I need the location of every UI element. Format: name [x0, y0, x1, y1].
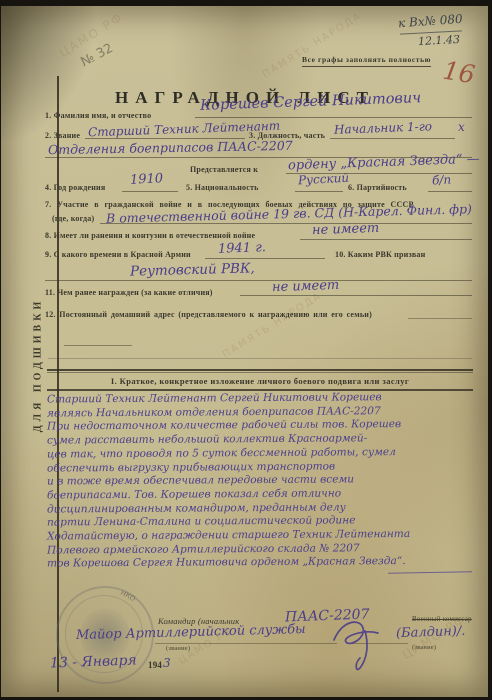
field-5-value: Русский	[298, 171, 350, 188]
date-year-printed: 194	[148, 660, 162, 670]
registration-date-handwritten: 12.1.43	[418, 33, 461, 48]
field-4-value: 1910	[130, 171, 164, 188]
field-9-value: 1941 г.	[218, 240, 266, 257]
field-2-label: 2. Звание	[45, 131, 80, 140]
form-line	[295, 191, 343, 192]
field-12-label: 12. Постоянный домашний адрес (представл…	[45, 310, 372, 319]
field-8-label: 8. Имеет ли ранения и контузии в отечест…	[45, 231, 255, 240]
scanned-award-document: ЦАМО РФ ПАМЯТЬ НАРОДА ПАМЯТЬ НАРОДА ЦАМО…	[0, 0, 492, 700]
form-line	[330, 138, 455, 139]
date-year-digit-handwritten: 3	[163, 656, 171, 670]
form-line	[64, 345, 132, 346]
field-9-label: 9. С какого времени в Красной Армии	[45, 250, 191, 259]
citation-text: Старший Техник Лейтенант Сергей Никитови…	[47, 392, 479, 570]
field-10-label: 10. Каким РВК призван	[335, 250, 425, 259]
date-day-month-handwritten: 13 - Января	[50, 652, 137, 671]
form-line	[195, 117, 472, 118]
form-line	[408, 318, 472, 319]
rank-caption: (звание)	[166, 645, 190, 652]
signature-stroke	[328, 612, 398, 674]
field-10-value: Реутовский РВК,	[130, 260, 255, 279]
field-3-check-mark: х	[458, 120, 465, 134]
field-7-sublabel: (где, когда)	[52, 214, 94, 223]
binding-margin-label: ДЛЯ ПОДШИВКИ	[33, 298, 44, 432]
form-line	[428, 191, 472, 192]
page-number-red-pencil: 16	[441, 56, 477, 90]
field-8-value: не имеет	[312, 221, 380, 238]
citation-line: тов Корешова Сергея Никитовича орденом „…	[47, 555, 479, 572]
commissar-label-struck: Военный комиссар	[412, 615, 472, 623]
field-11-label: 11. Чем ранее награжден (за какие отличи…	[45, 288, 213, 297]
form-line	[48, 358, 472, 359]
field-4-label: 4. Год рождения	[45, 183, 105, 192]
field-6-label: 6. Партийность	[348, 183, 407, 192]
form-line	[300, 239, 472, 240]
fill-instruction: Все графы заполнять полностью	[302, 55, 431, 67]
form-line	[155, 643, 337, 644]
citation-section-heading: I. Краткое, конкретное изложение личного…	[47, 376, 473, 386]
form-line	[205, 258, 325, 259]
field-6-value: б/п	[432, 173, 452, 188]
form-line	[122, 191, 178, 192]
rank-caption-2: (звание)	[412, 644, 436, 651]
section-divider-rule	[47, 369, 473, 371]
form-line	[45, 280, 472, 281]
field-5-label: 5. Национальность	[186, 183, 259, 192]
signer-name-value: (Балдин)/.	[396, 624, 466, 641]
field-11-value: не имеет	[272, 278, 340, 295]
field-1-label: 1. Фамилия имя, и отчество	[45, 111, 151, 120]
section-divider-rule	[47, 372, 473, 373]
presented-for-label: Представляется к	[190, 165, 258, 174]
form-line	[240, 295, 472, 296]
